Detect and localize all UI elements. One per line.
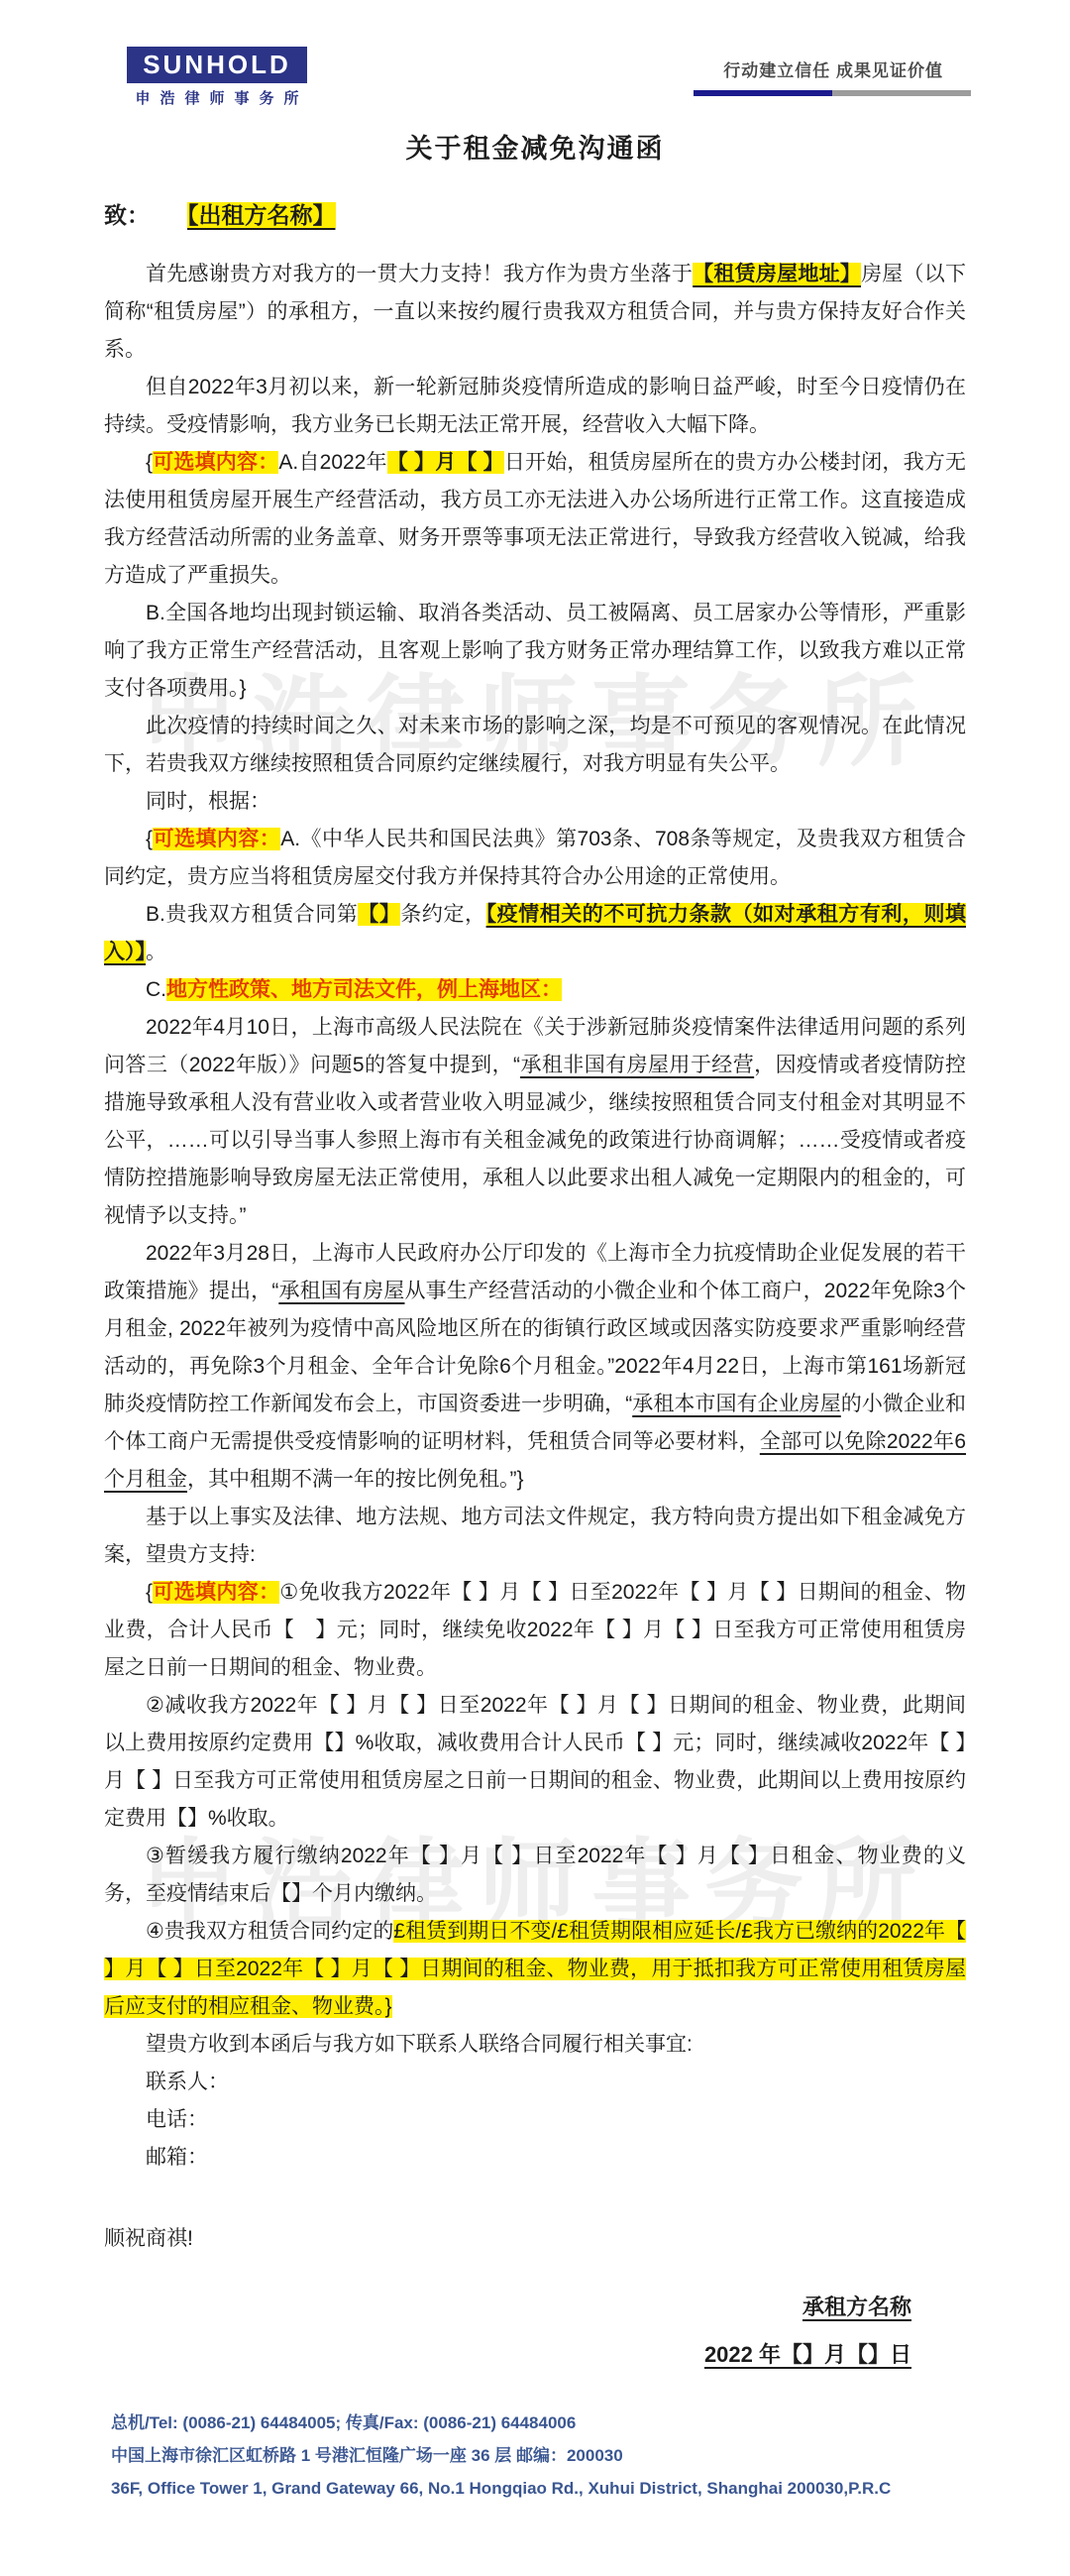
paragraph: C.地方性政策、地方司法文件，例上海地区： <box>104 971 966 1009</box>
text-segment: 邮箱： <box>146 2146 208 2169</box>
text-segment: 承租非国有房屋用于经营 <box>520 1054 754 1076</box>
text-segment: 【 】月【 】 <box>387 451 504 474</box>
recipient-line: 致：【出租方名称】 <box>104 198 966 232</box>
signature-block: 承租方名称 2022 年【】月【】日 <box>104 2284 966 2379</box>
paragraph: 此次疫情的持续时间之久、对未来市场的影响之深，均是不可预见的客观情况。在此情况下… <box>104 708 966 783</box>
paragraph: B.贵我双方租赁合同第【】条约定，【疫情相关的不可抗力条款（如对承租方有利，则填… <box>104 896 966 971</box>
closing-salutation: 顺祝商祺! <box>104 2220 966 2258</box>
paragraph: B.全国各地均出现封锁运输、取消各类活动、员工被隔离、员工居家办公等情形，严重影… <box>104 595 966 708</box>
footer-line-address-en: 36F, Office Tower 1, Grand Gateway 66, N… <box>111 2472 891 2505</box>
text-segment: ，因疫情或者疫情防控措施导致承租人没有营业收入或者营业收入明显减少，继续按照租赁… <box>104 1054 966 1227</box>
paragraph: ②减收我方2022年【 】月【 】日至2022年【 】月【 】日期间的租金、物业… <box>104 1687 966 1838</box>
paragraph: {可选填内容：A.《中华人民共和国民法典》第703条、708条等规定，及贵我双方… <box>104 821 966 896</box>
divider-gray-segment <box>832 90 971 96</box>
text-segment: 联系人： <box>146 2071 229 2093</box>
paragraph: 首先感谢贵方对我方的一贯大力支持！我方作为贵方坐落于【租赁房屋地址】房屋（以下简… <box>104 256 966 369</box>
paragraph: {可选填内容：A.自2022年【 】月【 】日开始，租赁房屋所在的贵方办公楼封闭… <box>104 444 966 595</box>
logo-wordmark: SUNHOLD <box>127 47 307 83</box>
signature-date: 2022 年【】月【】日 <box>104 2331 966 2379</box>
slogan-divider <box>694 90 971 96</box>
paragraph: {可选填内容：①免收我方2022年【 】月【 】日至2022年【 】月【 】日期… <box>104 1574 966 1687</box>
text-segment: 可选填内容： <box>153 1581 279 1604</box>
divider-navy-segment <box>694 90 832 96</box>
text-segment: 电话： <box>146 2108 208 2131</box>
text-segment: 地方性政策、地方司法文件，例上海地区： <box>166 978 562 1001</box>
sunhold-logo: SUNHOLD 申浩律师事务所 <box>127 47 307 108</box>
text-segment: ④贵我双方租赁合同约定的 <box>146 1920 393 1943</box>
signature-name: 承租方名称 <box>104 2284 966 2331</box>
slogan-block: 行动建立信任 成果见证价值 <box>694 56 971 96</box>
text-segment: ②减收我方2022年【 】月【 】日至2022年【 】月【 】日期间的租金、物业… <box>104 1694 966 1830</box>
text-segment: 条约定， <box>400 903 485 926</box>
text-segment: ③暂缓我方履行缴纳2022年【 】月【 】日至2022年【 】月【 】日租金、物… <box>104 1845 966 1905</box>
paragraph: 但自2022年3月初以来，新一轮新冠肺炎疫情所造成的影响日益严峻，时至今日疫情仍… <box>104 369 966 444</box>
footer: 总机/Tel: (0086-21) 64484005; 传真/Fax: (008… <box>111 2407 891 2505</box>
paragraph: 2022年3月28日，上海市人民政府办公厅印发的《上海市全力抗疫情助企业促发展的… <box>104 1235 966 1499</box>
footer-line-address-cn: 中国上海市徐汇区虹桥路 1 号港汇恒隆广场一座 36 层 邮编：200030 <box>111 2439 891 2472</box>
document-body: 关于租金减免沟通函 致：【出租方名称】 首先感谢贵方对我方的一贯大力支持！我方作… <box>104 127 966 2379</box>
text-segment: 。 <box>146 941 166 963</box>
text-segment: { <box>146 828 153 850</box>
slogan-text: 行动建立信任 成果见证价值 <box>694 56 971 81</box>
text-segment: B.贵我双方租赁合同第 <box>146 903 358 926</box>
text-segment: 承租本市国有企业房屋 <box>632 1393 841 1415</box>
text-segment: { <box>146 1581 153 1604</box>
text-segment: 此次疫情的持续时间之久、对未来市场的影响之深，均是不可预见的客观情况。在此情况下… <box>104 715 966 775</box>
text-segment: B.全国各地均出现封锁运输、取消各类活动、员工被隔离、员工居家办公等情形，严重影… <box>104 602 966 700</box>
text-segment: 首先感谢贵方对我方的一贯大力支持！我方作为贵方坐落于 <box>146 263 693 285</box>
paragraph: ④贵我双方租赁合同约定的£租赁到期日不变/£租赁期限相应延长/£我方已缴纳的20… <box>104 1913 966 2026</box>
letter-page: SUNHOLD 申浩律师事务所 行动建立信任 成果见证价值 申浩律师事务所 申浩… <box>0 0 1070 2576</box>
paragraph: 邮箱： <box>104 2139 966 2177</box>
paragraph: 联系人： <box>104 2064 966 2101</box>
text-segment: C. <box>146 978 166 1001</box>
text-segment: 【】 <box>358 903 400 926</box>
text-segment: 可选填内容： <box>153 828 280 850</box>
text-segment: 承租国有房屋 <box>278 1280 404 1302</box>
text-segment: 但自2022年3月初以来，新一轮新冠肺炎疫情所造成的影响日益严峻，时至今日疫情仍… <box>104 376 966 436</box>
logo-chinese-name: 申浩律师事务所 <box>127 87 317 108</box>
paragraph: 同时，根据： <box>104 783 966 821</box>
text-segment: 望贵方收到本函后与我方如下联系人联络合同履行相关事宜: <box>146 2033 693 2056</box>
text-segment: 可选填内容： <box>153 451 278 474</box>
text-segment: ，其中租期不满一年的按比例免租。”} <box>187 1468 524 1491</box>
paragraph: 基于以上事实及法律、地方法规、地方司法文件规定，我方特向贵方提出如下租金减免方案… <box>104 1499 966 1574</box>
paragraph: 望贵方收到本函后与我方如下联系人联络合同履行相关事宜: <box>104 2026 966 2064</box>
paragraph: 电话： <box>104 2101 966 2139</box>
text-segment: 同时，根据： <box>146 790 270 813</box>
paragraph: 2022年4月10日，上海市高级人民法院在《关于涉新冠肺炎疫情案件法律适用问题的… <box>104 1009 966 1235</box>
text-segment: 【租赁房屋地址】 <box>693 263 861 285</box>
text-segment: 基于以上事实及法律、地方法规、地方司法文件规定，我方特向贵方提出如下租金减免方案… <box>104 1506 966 1566</box>
text-segment: { <box>146 451 153 474</box>
recipient-name-placeholder: 【出租方名称】 <box>187 202 336 228</box>
recipient-label: 致： <box>104 202 150 228</box>
document-title: 关于租金减免沟通函 <box>104 127 966 170</box>
text-segment: A.自2022年 <box>278 451 386 474</box>
paragraphs-container: 首先感谢贵方对我方的一贯大力支持！我方作为贵方坐落于【租赁房屋地址】房屋（以下简… <box>104 256 966 2177</box>
footer-line-phone-fax: 总机/Tel: (0086-21) 64484005; 传真/Fax: (008… <box>111 2407 891 2439</box>
paragraph: ③暂缓我方履行缴纳2022年【 】月【 】日至2022年【 】月【 】日租金、物… <box>104 1838 966 1913</box>
